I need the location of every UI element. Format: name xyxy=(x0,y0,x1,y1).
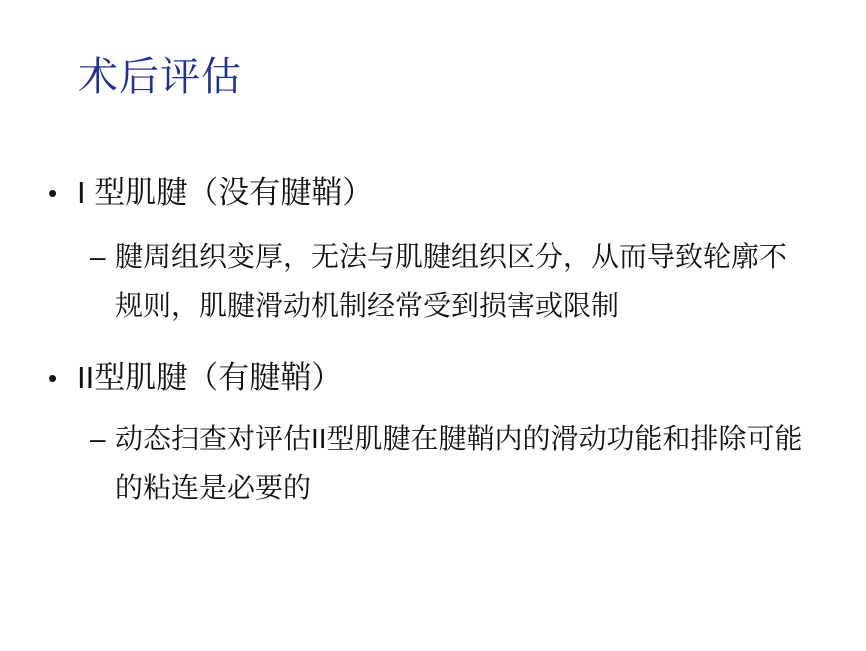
presentation-slide: 术后评估 • I 型肌腱（没有腱鞘） – 腱周组织变厚，无法与肌腱组织区分，从而… xyxy=(0,0,866,651)
bullet-dot-icon: • xyxy=(48,171,77,215)
slide-title: 术后评估 xyxy=(78,54,242,100)
sub-bullet-text: 腱周组织变厚，无法与肌腱组织区分，从而导致轮廓不 规则，肌腱滑动机制经常受到损害… xyxy=(115,232,787,330)
sub-bullet-item-peritendinous: – 腱周组织变厚，无法与肌腱组织区分，从而导致轮廓不 规则，肌腱滑动机制经常受到… xyxy=(90,232,787,330)
bullet-item-tendon-type-1: • I 型肌腱（没有腱鞘） xyxy=(48,171,373,215)
dash-icon: – xyxy=(90,232,115,281)
bullet-text: I 型肌腱（没有腱鞘） xyxy=(77,171,373,215)
bullet-dot-icon: • xyxy=(48,356,77,400)
sub-bullet-text: 动态扫查对评估II型肌腱在腱鞘内的滑动功能和排除可能 的粘连是必要的 xyxy=(115,414,803,512)
dash-icon: – xyxy=(90,414,115,463)
bullet-text: II型肌腱（有腱鞘） xyxy=(77,356,342,400)
sub-bullet-item-dynamic-scan: – 动态扫查对评估II型肌腱在腱鞘内的滑动功能和排除可能 的粘连是必要的 xyxy=(90,414,803,512)
bullet-item-tendon-type-2: • II型肌腱（有腱鞘） xyxy=(48,356,342,400)
